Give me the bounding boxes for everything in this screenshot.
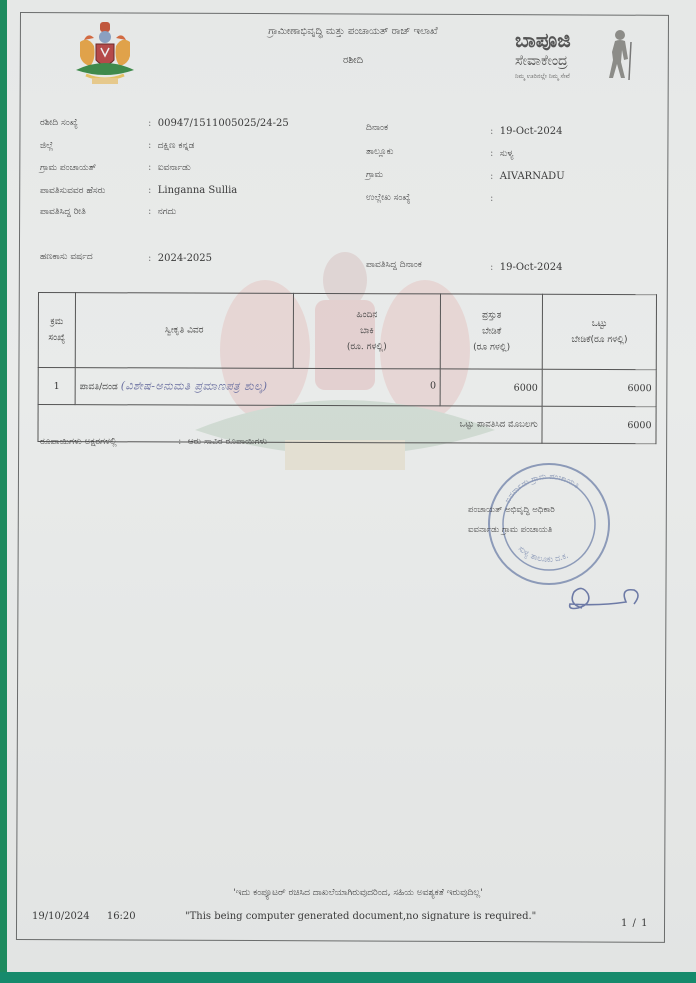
table-header-row: ಕ್ರಮ ಸಂಖ್ಯೆ ಸ್ವೀಕೃತಿ ವಿವರ ಹಿಂದಿನ ಬಾಕಿ (ರ… <box>38 293 656 370</box>
payer-name-label: ಪಾವತಿಸುವವರ ಹೆಸರು <box>40 186 105 196</box>
print-timestamp: 19/10/2024 16:20 <box>32 911 136 922</box>
amount-in-words-label: ರೂಪಾಯಿಗಳು ಅಕ್ಷರಗಳಲ್ಲಿ <box>40 437 117 447</box>
table-total-row: ಒಟ್ಟು ಪಾವತಿಸಿದ ಮೊಬಲಗು 6000 <box>38 405 656 444</box>
village-field: ಗ್ರಾಮ <box>366 169 383 180</box>
date-label: ದಿನಾಂಕ <box>366 123 388 133</box>
payment-date-label: ಪಾವತಿಸಿದ್ದ ದಿನಾಂಕ <box>366 260 422 270</box>
district-label: ಜಿಲ್ಲೆ <box>40 141 53 151</box>
payer-name-field: ಪಾವತಿಸುವವರ ಹೆಸರು <box>40 185 105 196</box>
svg-text:ಸುಳ್ಯ ತಾಲೂಕು ದ.ಕ.: ಸುಳ್ಯ ತಾಲೂಕು ದ.ಕ. <box>517 544 570 564</box>
header-description: ಸ್ವೀಕೃತಿ ವಿವರ <box>75 293 293 369</box>
payment-date-value-wrap: : 19-Oct-2024 <box>490 262 562 273</box>
receipt-no-field: ರಶೀದಿ ಸಂಖ್ಯೆ <box>40 117 78 128</box>
header-previous-balance: ಹಿಂದಿನ ಬಾಕಿ (ರೂ. ಗಳಲ್ಲಿ) <box>293 293 441 369</box>
village-value: AIVARNADU <box>500 171 565 182</box>
brand-line2: ಸೇವಾಕೇಂದ್ರ <box>515 53 568 69</box>
row-description: ಪಾವತಿ/ದಂಡ (ವಿಶೇಷ-ಅನುಮತಿ ಪ್ರಮಾಣಪತ್ರ ಶುಲ್ಕ… <box>75 368 441 406</box>
footer-english-note: "This being computer generated document,… <box>185 911 536 922</box>
gram-panchayat-label: ಗ್ರಾಮ ಪಂಚಾಯತ್ <box>40 163 96 173</box>
taluk-value: ಸುಳ್ಯ <box>500 149 514 159</box>
page-number: 1 / 1 <box>621 918 647 929</box>
payment-date-value: 19-Oct-2024 <box>500 262 563 273</box>
district-value-wrap: : ದಕ್ಷಿಣ ಕನ್ನಡ <box>148 140 194 151</box>
taluk-field: ತಾಲ್ಲೂಕು <box>366 146 394 157</box>
financial-year-field: ಹಣಕಾಸು ವರ್ಷದ <box>40 251 93 262</box>
header-sl-no: ಕ್ರಮ ಸಂಖ್ಯೆ <box>38 293 75 368</box>
reference-no-value-wrap: : <box>490 193 500 204</box>
receipt-no-value: 00947/1511005025/24-25 <box>158 118 289 129</box>
payer-name-value: Linganna Sullia <box>158 185 238 196</box>
date-value-wrap: : 19-Oct-2024 <box>490 126 562 137</box>
gram-panchayat-value: ಐವರ್ನಾಡು <box>158 163 191 173</box>
total-value: 6000 <box>542 406 656 443</box>
officer-block: ಪಂಚಾಯತ್ ಅಭಿವೃದ್ಧಿ ಅಧಿಕಾರಿ ಐವರ್ನಾಡು ಗ್ರಾಮ… <box>468 500 555 540</box>
date-field: ದಿನಾಂಕ <box>366 122 388 133</box>
amount-in-words-value-wrap: : ಆರು ಸಾವಿರ ರೂಪಾಯಿಗಳು <box>178 436 267 447</box>
payment-mode-value-wrap: : ನಗದು <box>148 206 176 217</box>
financial-year-value: 2024-2025 <box>158 253 212 264</box>
payment-mode-value: ನಗದು <box>158 207 177 217</box>
village-label: ಗ್ರಾಮ <box>366 170 383 180</box>
payment-mode-label: ಪಾವತಿಸಿದ್ದ ರೀತಿ <box>40 207 86 217</box>
village-value-wrap: : AIVARNADU <box>490 171 565 182</box>
officer-designation: ಪಂಚಾಯತ್ ಅಭಿವೃದ್ಧಿ ಅಧಿಕಾರಿ <box>468 500 555 520</box>
footer-kannada-note: 'ಇದು ಕಂಪ್ಯೂಟರ್ ರಚಿಸಿದ ದಾಖಲೆಯಾಗಿರುವುದರಿಂದ… <box>0 888 696 898</box>
receipt-no-value-wrap: : 00947/1511005025/24-25 <box>148 118 289 129</box>
receipt-no-label: ರಶೀದಿ ಸಂಖ್ಯೆ <box>40 118 78 128</box>
gram-panchayat-field: ಗ್ರಾಮ ಪಂಚಾಯತ್ <box>40 162 96 173</box>
row-previous-balance: 0 <box>430 380 436 391</box>
print-date: 19/10/2024 <box>32 911 90 922</box>
signature-icon <box>560 580 650 620</box>
edge-strip-bottom <box>0 972 696 983</box>
receipt-table: ಕ್ರಮ ಸಂಖ್ಯೆ ಸ್ವೀಕೃತಿ ವಿವರ ಹಿಂದಿನ ಬಾಕಿ (ರ… <box>37 292 657 444</box>
taluk-label: ತಾಲ್ಲೂಕು <box>366 147 394 157</box>
payer-name-value-wrap: : Linganna Sullia <box>148 185 237 196</box>
payment-mode-field: ಪಾವತಿಸಿದ್ದ ರೀತಿ <box>40 206 86 217</box>
gandhi-walking-icon <box>605 28 635 80</box>
taluk-value-wrap: : ಸುಳ್ಯ <box>490 148 514 159</box>
reference-no-label: ಉಲ್ಲೇಖ ಸಂಖ್ಯೆ <box>366 193 411 203</box>
row-total-demand: 6000 <box>542 369 656 406</box>
brand-tagline: ನಿಮ್ಮ ಊರಿನಲ್ಲೇ ನಿಮ್ಮ ಸೇವೆ <box>515 73 570 81</box>
row-current-demand: 6000 <box>441 369 543 406</box>
table-row: 1 ಪಾವತಿ/ದಂಡ (ವಿಶೇಷ-ಅನುಮತಿ ಪ್ರಮಾಣಪತ್ರ ಶುಲ… <box>38 368 656 407</box>
amount-in-words-field: ರೂಪಾಯಿಗಳು ಅಕ್ಷರಗಳಲ್ಲಿ <box>40 436 117 447</box>
payment-date-field: ಪಾವತಿಸಿದ್ದ ದಿನಾಂಕ <box>366 259 422 270</box>
header-current-demand: ಪ್ರಸ್ತುತ ಬೇಡಿಕೆ (ರೂ ಗಳಲ್ಲಿ) <box>441 294 543 369</box>
officer-office: ಐವರ್ನಾಡು ಗ್ರಾಮ ಪಂಚಾಯತಿ <box>468 520 555 540</box>
handwritten-note: (ವಿಶೇಷ-ಅನುಮತಿ ಪ್ರಮಾಣಪತ್ರ ಶುಲ್ಕ) <box>121 379 268 393</box>
district-value: ದಕ್ಷಿಣ ಕನ್ನಡ <box>158 141 195 151</box>
financial-year-value-wrap: : 2024-2025 <box>148 253 212 264</box>
bapuji-sevakendra-logo: ಬಾಪೂಜಿ ಸೇವಾಕೇಂದ್ರ ನಿಮ್ಮ ಊರಿನಲ್ಲೇ ನಿಮ್ಮ ಸ… <box>515 28 640 88</box>
reference-no-field: ಉಲ್ಲೇಖ ಸಂಖ್ಯೆ <box>366 192 411 203</box>
brand-line1: ಬಾಪೂಜಿ <box>515 28 571 52</box>
edge-strip-left <box>0 0 7 983</box>
header-total-demand: ಒಟ್ಟು ಬೇಡಿಕೆ(ರೂ ಗಳಲ್ಲಿ) <box>542 294 656 369</box>
date-value: 19-Oct-2024 <box>500 126 563 137</box>
amount-in-words-value: ಆರು ಸಾವಿರ ರೂಪಾಯಿಗಳು <box>188 437 268 447</box>
print-time: 16:20 <box>107 911 136 922</box>
district-field: ಜಿಲ್ಲೆ <box>40 140 53 151</box>
row-sl-no: 1 <box>38 368 75 405</box>
gram-panchayat-value-wrap: : ಐವರ್ನಾಡು <box>148 162 191 173</box>
financial-year-label: ಹಣಕಾಸು ವರ್ಷದ <box>40 252 93 262</box>
